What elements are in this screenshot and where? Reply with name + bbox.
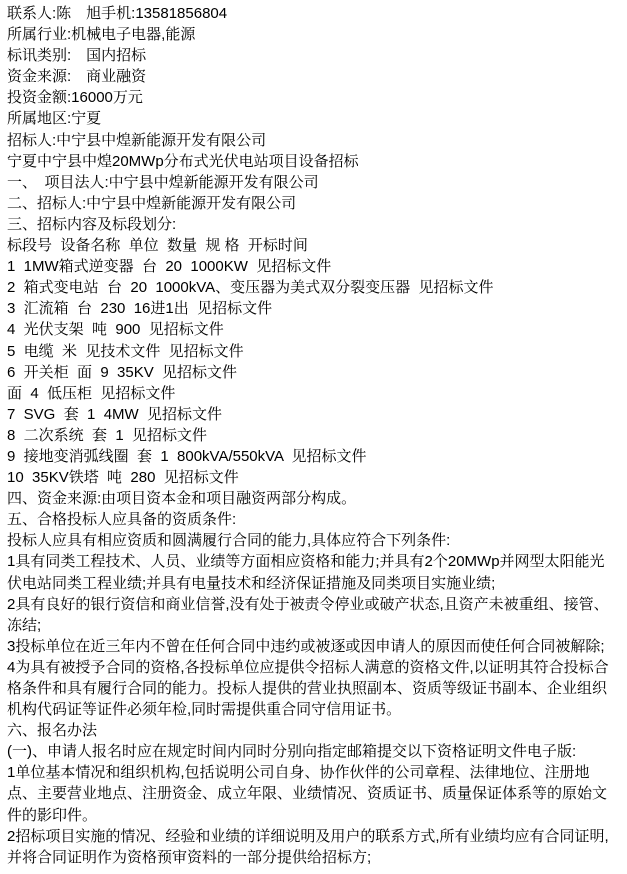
table-row: 7 SVG 套 1 4MW 见招标文件 [7, 404, 619, 425]
qualification-item: 3投标单位在近三年内不曾在任何合同中违约或被逐或因申请人的原因而使任何合同被解除… [7, 636, 619, 657]
table-row: 3 汇流箱 台 230 16进1出 见招标文件 [7, 298, 619, 319]
qualification-item: 4为具有被授予合同的资格,各投标单位应提供令招标人满意的资格文件,以证明其符合投… [7, 657, 619, 720]
table-row: 1 1MW箱式逆变器 台 20 1000KW 见招标文件 [7, 256, 619, 277]
section-5-heading: 五、合格投标人应具备的资质条件: [7, 509, 619, 530]
investment-line: 投资金额:16000万元 [7, 87, 619, 108]
table-row: 6 开关柜 面 9 35KV 见招标文件 [7, 362, 619, 383]
section-6-heading: 六、报名办法 [7, 720, 619, 741]
table-header-row: 标段号 设备名称 单位 数量 规 格 开标时间 [7, 235, 619, 256]
qualification-item: 2具有良好的银行资信和商业信誉,没有处于被责令停业或破产状态,且资产未被重组、接… [7, 594, 619, 636]
tender-document: 联系人:陈 旭手机:13581856804 所属行业:机械电子电器,能源 标讯类… [0, 0, 627, 874]
section-3-heading: 三、招标内容及标段划分: [7, 214, 619, 235]
tenderee-line: 招标人:中宁县中煌新能源开发有限公司 [7, 130, 619, 151]
table-row: 10 35KV铁塔 吨 280 见招标文件 [7, 467, 619, 488]
table-row: 2 箱式变电站 台 20 1000kVA、变压器为美式双分裂变压器 见招标文件 [7, 277, 619, 298]
table-row: 5 电缆 米 见技术文件 见招标文件 [7, 341, 619, 362]
table-row: 4 光伏支架 吨 900 见招标文件 [7, 319, 619, 340]
qualification-item: 1具有同类工程技术、人员、业绩等方面相应资格和能力;并具有2个20MWp并网型太… [7, 551, 619, 593]
registration-item: 1单位基本情况和组织机构,包括说明公司自身、协作伙伴的公司章程、法律地位、注册地… [7, 762, 619, 825]
section-1-project-legal-person: 一、 项目法人:中宁县中煌新能源开发有限公司 [7, 172, 619, 193]
section-6-sub-heading: (一)、申请人报名时应在规定时间内同时分别向指定邮箱提交以下资格证明文件电子版: [7, 741, 619, 762]
category-line: 标讯类别: 国内招标 [7, 45, 619, 66]
table-row: 8 二次系统 套 1 见招标文件 [7, 425, 619, 446]
registration-item: 2招标项目实施的情况、经验和业绩的详细说明及用户的联系方式,所有业绩均应有合同证… [7, 826, 619, 868]
section-5-intro: 投标人应具有相应资质和圆满履行合同的能力,具体应符合下列条件: [7, 530, 619, 551]
section-4-funding: 四、资金来源:由项目资本金和项目融资两部分构成。 [7, 488, 619, 509]
region-line: 所属地区:宁夏 [7, 108, 619, 129]
document-title: 宁夏中宁县中煌20MWp分布式光伏电站项目设备招标 [7, 151, 619, 172]
contact-line: 联系人:陈 旭手机:13581856804 [7, 3, 619, 24]
table-row: 9 接地变消弧线圈 套 1 800kVA/550kVA 见招标文件 [7, 446, 619, 467]
funding-source-line: 资金来源: 商业融资 [7, 66, 619, 87]
industry-line: 所属行业:机械电子电器,能源 [7, 24, 619, 45]
table-row: 面 4 低压柜 见招标文件 [7, 383, 619, 404]
section-2-tenderee: 二、招标人:中宁县中煌新能源开发有限公司 [7, 193, 619, 214]
